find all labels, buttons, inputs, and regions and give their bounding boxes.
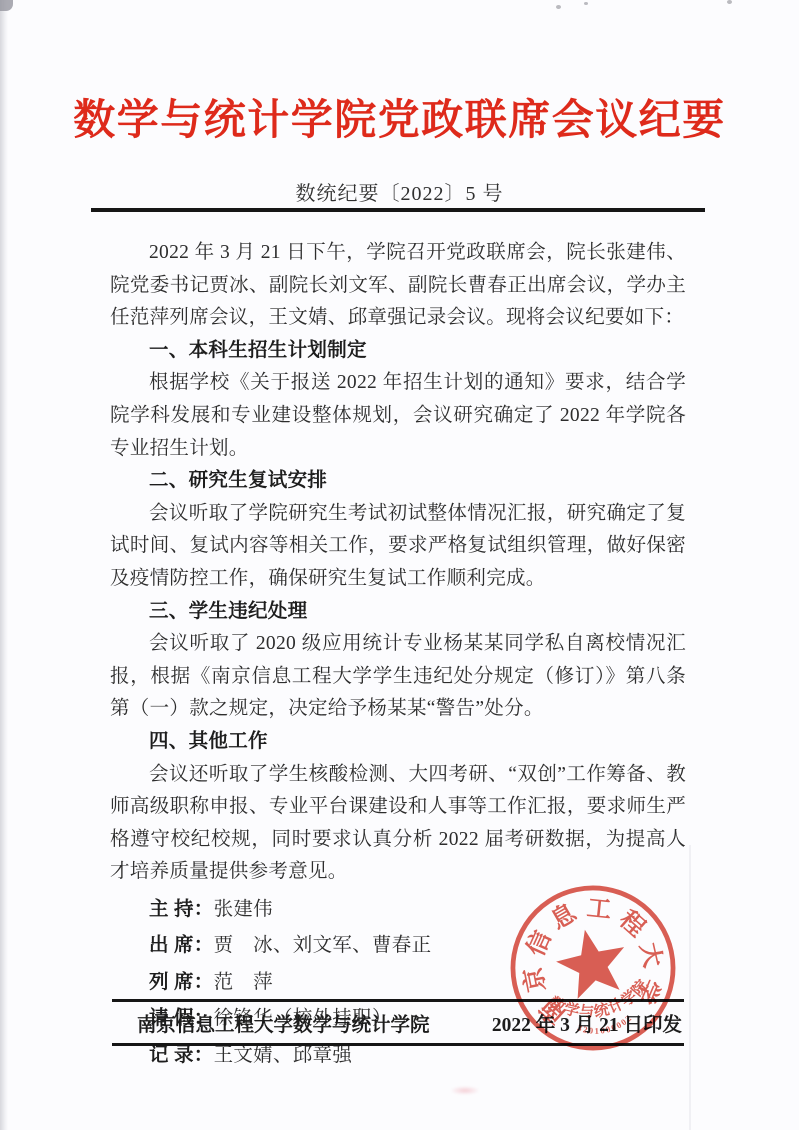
roster-value: 张建伟 xyxy=(214,899,273,920)
scan-corner-mark xyxy=(0,0,13,11)
footer-issuer: 南京信息工程大学数学与统计学院 xyxy=(137,1009,430,1037)
seal-star-icon xyxy=(551,922,633,1001)
intro-paragraph: 2022 年 3 月 21 日下午，学院召开党政联席会，院长张建伟、院党委书记贾… xyxy=(110,237,686,335)
section-1-heading: 一、本科生招生计划制定 xyxy=(110,335,686,368)
official-seal: 南 京 信 息 工 程 大 学 数学与统计学院 3201000002 xyxy=(490,865,696,1071)
section-3-heading: 三、学生违纪处理 xyxy=(110,596,686,629)
roster-label: 出 席： xyxy=(149,935,214,956)
roster-label: 记 录： xyxy=(149,1045,214,1066)
roster-label: 主 持： xyxy=(149,899,214,920)
roster-value: 范 萍 xyxy=(214,972,273,993)
svg-text:程: 程 xyxy=(614,906,651,943)
scan-speck xyxy=(584,2,588,5)
scan-crease xyxy=(689,845,691,1130)
section-4-heading: 四、其他工作 xyxy=(110,726,686,759)
section-2-text: 会议听取了学院研究生考试初试整体情况汇报，研究确定了复试时间、复试内容等相关工作… xyxy=(110,498,686,596)
section-1-text: 根据学校《关于报送 2022 年招生计划的通知》要求，结合学院学科发展和专业建设… xyxy=(110,367,686,465)
section-4-text: 会议还听取了学生核酸检测、大四考研、“双创”工作筹备、教师高级职称申报、专业平台… xyxy=(110,759,686,889)
svg-text:大: 大 xyxy=(635,940,667,970)
svg-text:工: 工 xyxy=(586,895,613,924)
scan-smudge xyxy=(450,1086,480,1095)
title-divider xyxy=(91,208,705,212)
roster-label: 列 席： xyxy=(149,972,214,993)
document-page: 数学与统计学院党政联席会议纪要 数统纪要〔2022〕5 号 2022 年 3 月… xyxy=(0,0,799,1130)
scan-speck xyxy=(727,0,732,4)
section-2-heading: 二、研究生复试安排 xyxy=(110,465,686,498)
svg-text:信: 信 xyxy=(521,926,557,960)
section-3-text: 会议听取了 2020 级应用统计专业杨某某同学私自离校情况汇报，根据《南京信息工… xyxy=(110,628,686,726)
document-number: 数统纪要〔2022〕5 号 xyxy=(0,177,799,206)
scan-edge-left xyxy=(0,0,8,1130)
svg-text:息: 息 xyxy=(546,898,582,935)
roster-value: 贾 冰、刘文军、曹春正 xyxy=(214,935,432,956)
svg-text:京: 京 xyxy=(519,965,551,994)
scan-speck xyxy=(556,5,561,9)
document-title: 数学与统计学院党政联席会议纪要 xyxy=(0,94,799,149)
roster-value: 王文婧、邱章强 xyxy=(214,1045,353,1066)
